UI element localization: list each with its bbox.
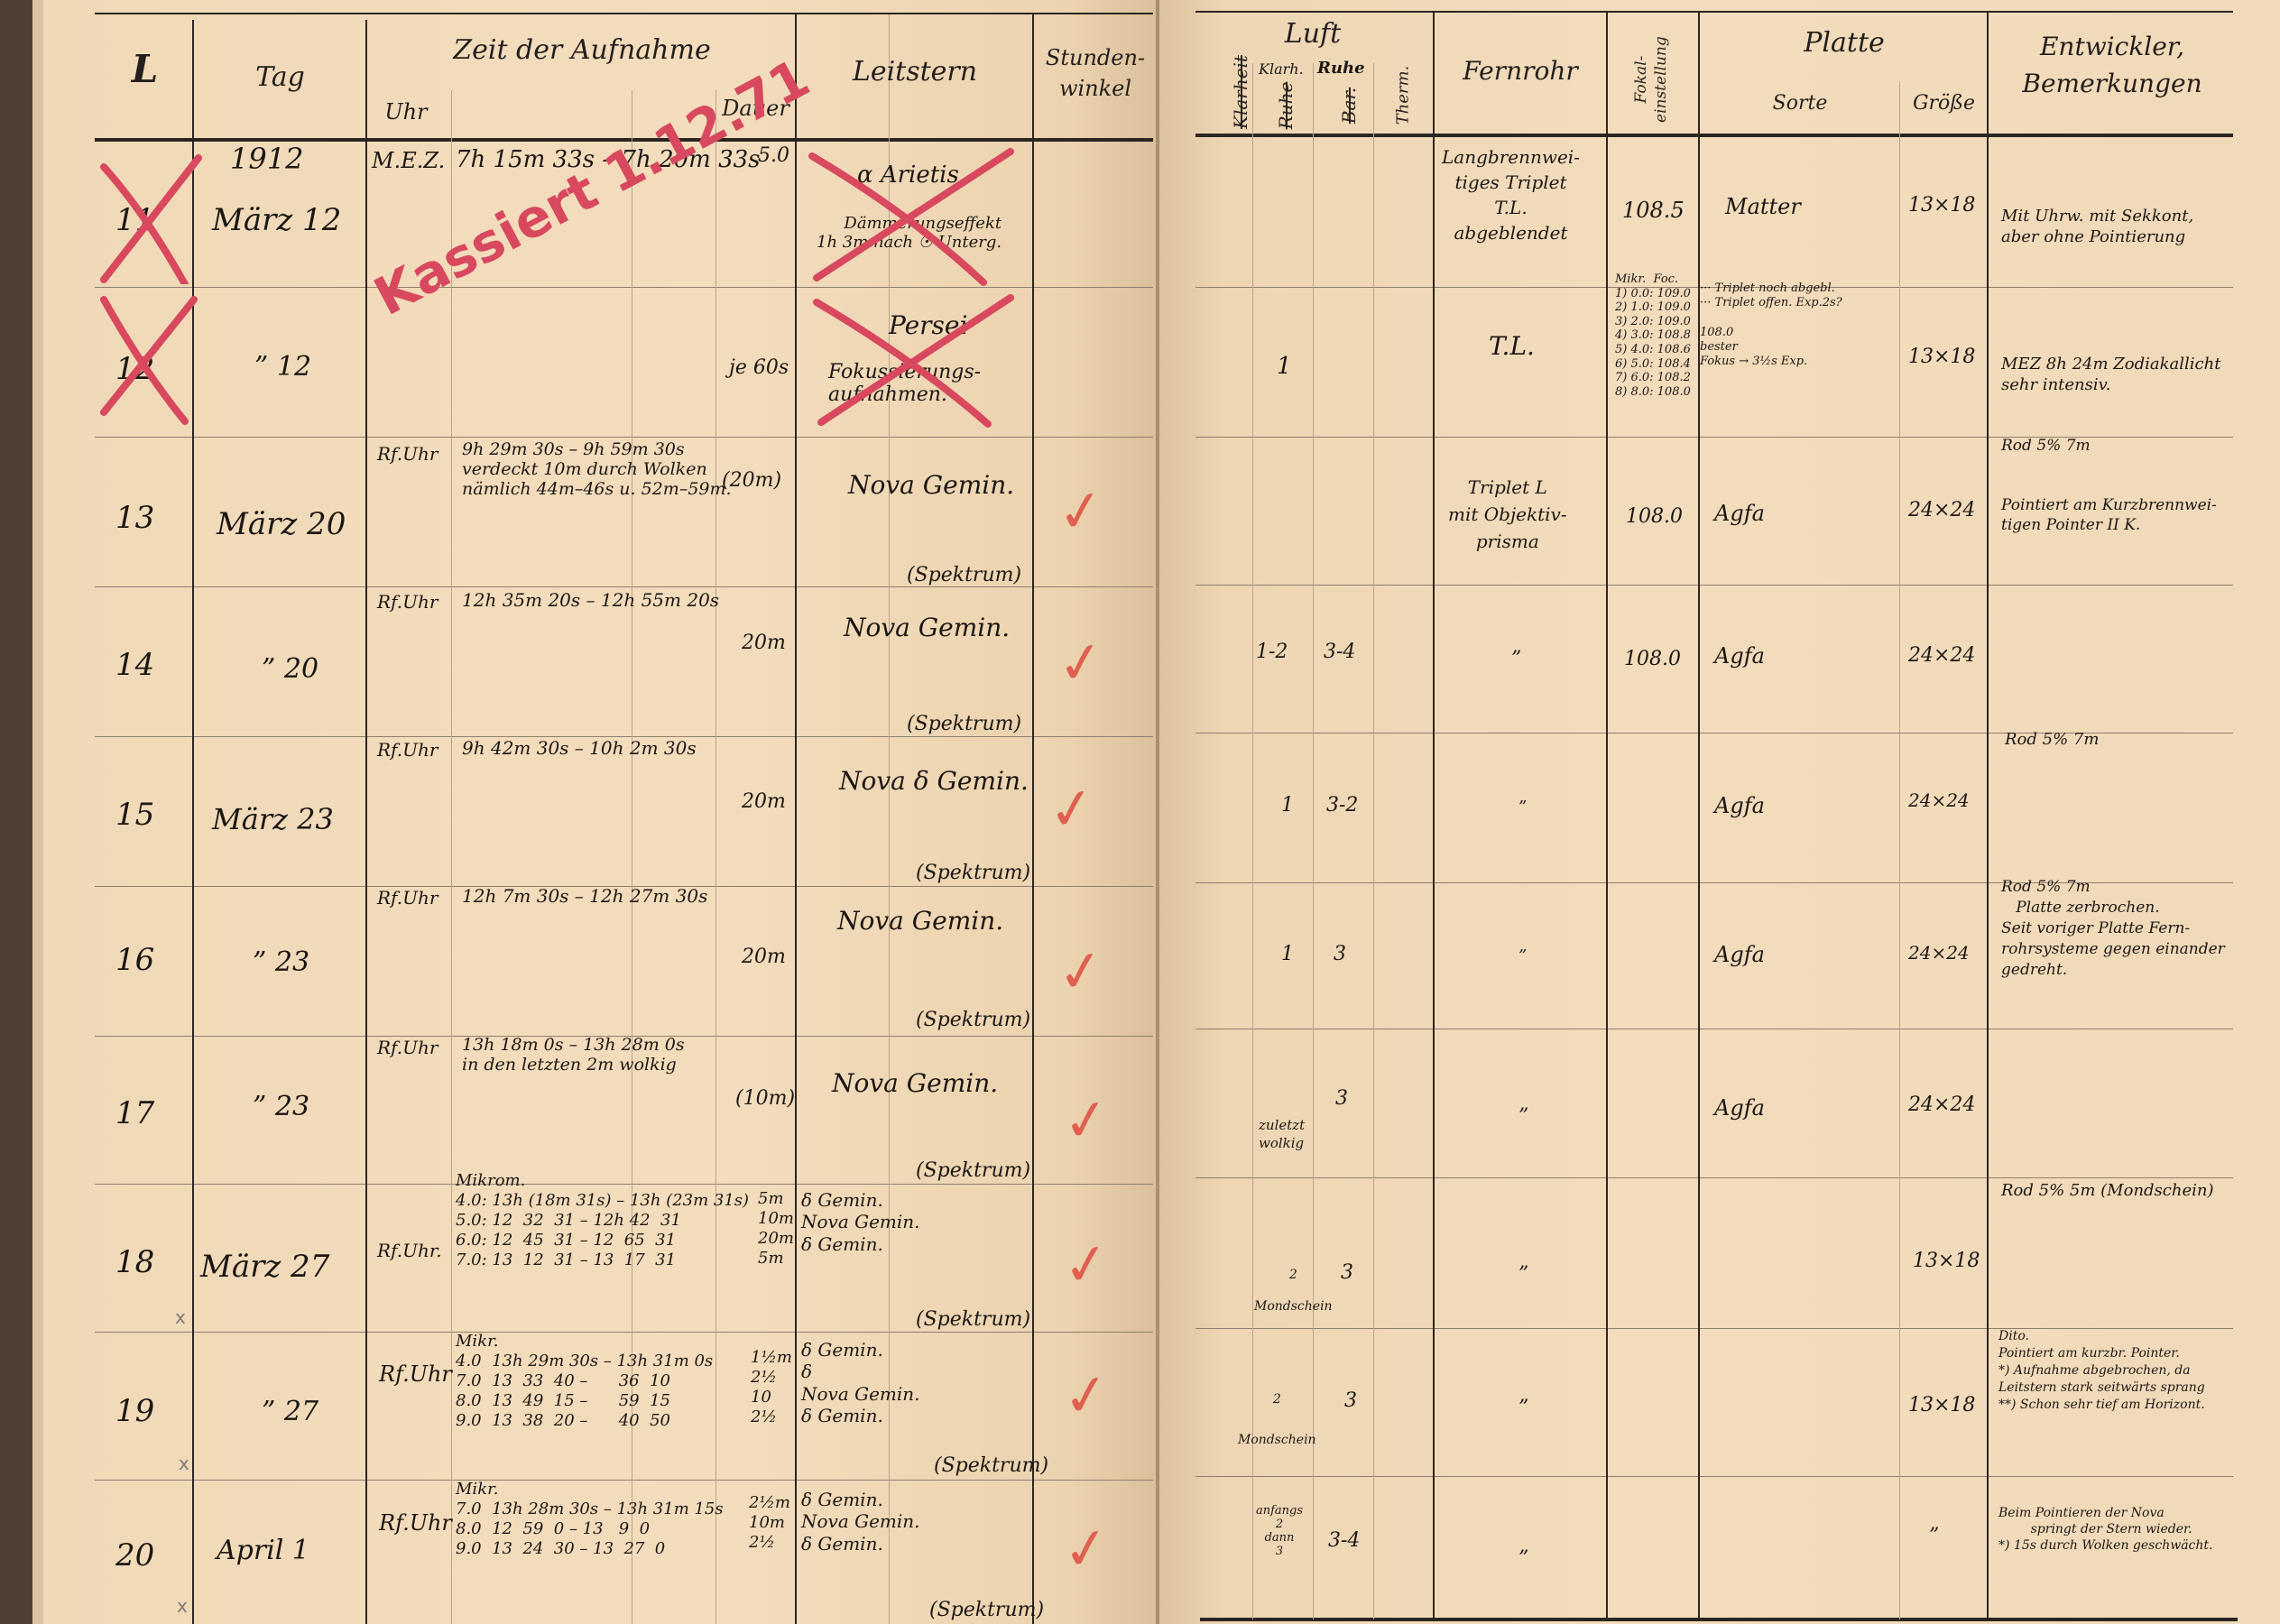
row-duration: 2½m 10m 2½: [749, 1493, 790, 1553]
pencil-x-mark: x: [177, 1595, 188, 1617]
book-spine: [1156, 0, 1159, 1624]
row-number: 18: [115, 1245, 154, 1280]
row-time: 12h 35m 20s – 12h 55m 20s: [462, 590, 719, 611]
red-checkmark-icon: ✓: [1058, 1229, 1114, 1301]
row-clock: Rf.Uhr: [377, 888, 438, 909]
header-fernrohr: Fernrohr: [1436, 56, 1604, 86]
row-date: ” 20: [262, 654, 318, 686]
row-duration: 20m: [742, 946, 786, 968]
row-guide-star: δ Gemin. δ Nova Gemin. δ Gemin.: [801, 1339, 920, 1427]
red-cross-mark: [90, 149, 208, 284]
row-clock: Rf.Uhr: [379, 1362, 452, 1388]
row-steadiness: 3: [1344, 1389, 1357, 1412]
row-steadiness: 3: [1335, 1087, 1348, 1110]
row-number: 15: [115, 798, 154, 833]
header-bar: Bar.: [1338, 69, 1360, 142]
row-steadiness: 3: [1341, 1261, 1353, 1284]
header-l: L: [106, 47, 183, 91]
red-cross-mark: [808, 289, 1024, 433]
row-number: 20: [115, 1538, 154, 1573]
row-telescope: ”: [1518, 947, 1527, 966]
row-duration: 5.0: [758, 144, 789, 167]
row-plate-type: Agfa: [1714, 644, 1765, 669]
row-duration: 20m: [742, 790, 786, 813]
row-plate-type: ··· Triplet noch abgebl. ··· Triplet off…: [1700, 281, 1842, 370]
row-remarks: Beim Pointieren der Nova springt der Ste…: [1998, 1505, 2212, 1555]
row-telescope: ”: [1518, 1105, 1528, 1128]
row-plate-size: 13×18: [1908, 1394, 1975, 1416]
row-spectrum: (Spektrum): [916, 862, 1030, 884]
header-ruhe: Ruhe: [1275, 69, 1297, 142]
row-clarity: 1-2: [1256, 641, 1288, 663]
row-date: ” 23: [253, 1092, 309, 1123]
row-telescope: Langbrennwei- tiges Triplet T.L. abgeble…: [1442, 144, 1580, 245]
row-clock: Rf.Uhr: [377, 592, 438, 613]
red-checkmark-icon: ✓: [1044, 773, 1100, 845]
row-telescope: Triplet L mit Objektiv- prisma: [1448, 474, 1567, 555]
row-number: 16: [115, 943, 154, 978]
row-telescope: ”: [1511, 648, 1521, 670]
row-guide-star: δ Gemin. Nova Gemin. δ Gemin.: [801, 1189, 920, 1255]
row-clock: M.E.Z.: [372, 149, 445, 174]
row-clock: Rf.Uhr: [377, 444, 438, 465]
row-number: 13: [115, 501, 154, 536]
row-focal-setting: 108.5: [1622, 198, 1685, 224]
row-time: 9h 29m 30s – 9h 59m 30s verdeckt 10m dur…: [462, 440, 732, 500]
row-remarks: Rod 5% 7m: [2005, 731, 2099, 750]
header-fokaleinstellung: Fokal- einstellung: [1631, 30, 1671, 129]
row-steadiness: 3-2: [1326, 794, 1358, 817]
row-clarity: 1: [1281, 794, 1294, 817]
row-plate-size: 24×24: [1908, 644, 1975, 667]
row-spectrum: (Spektrum): [929, 1599, 1044, 1621]
row-duration: (10m): [735, 1087, 795, 1110]
row-plate-size: 13×18: [1908, 194, 1975, 217]
row-focal-setting: Mikr. Foc. 1) 0.0: 109.0 2) 1.0: 109.0 3…: [1615, 272, 1691, 399]
row-clarity: 2 Mondschein: [1238, 1389, 1316, 1450]
header-therm: Therm.: [1394, 60, 1413, 132]
row-clock: Rf.Uhr.: [377, 1241, 442, 1261]
row-time: 12h 7m 30s – 12h 27m 30s: [462, 886, 707, 907]
pencil-x-mark: x: [175, 1306, 186, 1328]
row-spectrum: (Spektrum): [916, 1009, 1030, 1031]
row-telescope: ”: [1518, 1397, 1528, 1419]
red-checkmark-icon: ✓: [1053, 475, 1109, 548]
row-date: März 23: [212, 803, 334, 836]
row-clock: Rf.Uhr: [379, 1511, 452, 1536]
row-plate-size: 13×18: [1913, 1250, 1980, 1272]
row-plate-type: Agfa: [1714, 1096, 1765, 1121]
row-date: ” 27: [262, 1397, 318, 1428]
row-plate-size: 24×24: [1908, 943, 1970, 964]
row-plate-size: ”: [1929, 1525, 1939, 1547]
row-telescope: ”: [1518, 1263, 1528, 1286]
row-remarks: Rod 5% 5m (Mondschein): [2001, 1182, 2214, 1201]
row-time: 9h 42m 30s – 10h 2m 30s: [462, 738, 697, 759]
row-spectrum: (Spektrum): [934, 1454, 1048, 1477]
row-guide-star: Nova δ Gemin.: [839, 767, 1029, 796]
red-checkmark-icon: ✓: [1058, 1360, 1114, 1432]
row-clarity: 1: [1277, 354, 1292, 381]
row-clarity: anfangs 2 dann 3: [1256, 1505, 1303, 1559]
row-spectrum: (Spektrum): [916, 1308, 1030, 1331]
row-clock: Rf.Uhr: [377, 1038, 438, 1058]
header-tag: Tag: [197, 61, 364, 93]
row-steadiness: 3-4: [1324, 641, 1355, 663]
row-plate-size: 24×24: [1908, 1093, 1975, 1116]
row-spectrum: (Spektrum): [907, 564, 1021, 586]
row-guide-star: Nova Gemin.: [832, 1069, 998, 1098]
row-remarks: Rod 5% 7m Pointiert am Kurzbrennwei- tig…: [2001, 436, 2217, 535]
row-guide-star: Nova Gemin.: [844, 614, 1010, 642]
red-checkmark-icon: ✓: [1058, 1084, 1114, 1157]
header-entwickler-bemerkungen: Entwickler, Bemerkungen: [1990, 29, 2234, 102]
row-remarks: MEZ 8h 24m Zodiakallicht sehr intensiv.: [2001, 354, 2220, 396]
row-date: ” 12: [254, 352, 311, 383]
row-plate-size: 24×24: [1908, 499, 1975, 521]
red-checkmark-icon: ✓: [1053, 936, 1109, 1008]
row-duration: 20m: [742, 632, 786, 654]
row-time: Mikrom. 4.0: 13h (18m 31s) – 13h (23m 31…: [456, 1171, 749, 1270]
header-klarheit: Klarheit: [1230, 33, 1251, 151]
row-time: 13h 18m 0s – 13h 28m 0s in den letzten 2…: [462, 1036, 685, 1075]
row-remarks: Dito. Pointiert am kurzbr. Pointer. *) A…: [1998, 1328, 2205, 1413]
row-plate-type: Matter: [1725, 195, 1801, 220]
row-clock: Rf.Uhr: [377, 740, 438, 761]
row-focal-setting: 108.0: [1624, 648, 1681, 670]
row-number: 17: [115, 1096, 154, 1131]
row-plate-size: 24×24: [1908, 790, 1970, 811]
header-uhr: Uhr: [370, 99, 442, 125]
red-checkmark-icon: ✓: [1053, 627, 1109, 699]
row-remarks: Rod 5% 7m Platte zerbrochen. Seit vorige…: [2001, 877, 2225, 981]
row-plate-type: Agfa: [1714, 943, 1765, 968]
row-date: März 27: [200, 1250, 329, 1285]
row-plate-type: Agfa: [1714, 794, 1765, 819]
red-cross-mark: [803, 143, 1020, 287]
row-time: Mikr. 7.0 13h 28m 30s – 13h 31m 15s 8.0 …: [456, 1480, 724, 1559]
pencil-x-mark: x: [179, 1453, 189, 1474]
row-duration: (20m): [722, 469, 781, 492]
row-plate-type: Agfa: [1714, 502, 1765, 527]
row-number: 19: [115, 1394, 154, 1429]
row-duration: 1½m 2½ 10 2½: [751, 1348, 792, 1427]
row-telescope: ”: [1518, 798, 1527, 817]
row-time: Mikr. 4.0 13h 29m 30s – 13h 31m 0s 7.0 1…: [456, 1332, 713, 1431]
row-steadiness: 3-4: [1328, 1529, 1360, 1552]
book-cover: [0, 0, 32, 1624]
row-number: 14: [115, 648, 154, 683]
row-clarity: 1: [1281, 943, 1294, 965]
row-guide-star: Nova Gemin.: [848, 471, 1014, 500]
row-plate-size: 13×18: [1908, 346, 1975, 368]
row-steadiness: 3: [1334, 943, 1346, 965]
row-clarity: zuletzt wolkig: [1259, 1117, 1305, 1152]
header-groesse: Größe: [1901, 92, 1987, 115]
header-platte: Platte: [1702, 27, 1987, 59]
header-sorte: Sorte: [1702, 92, 1898, 115]
red-cross-mark: [90, 291, 208, 426]
row-focal-setting: 108.0: [1626, 505, 1683, 528]
row-spectrum: (Spektrum): [916, 1159, 1030, 1182]
row-duration: je 60s: [729, 356, 789, 379]
row-clarity: 2 Mondschein: [1254, 1268, 1333, 1315]
row-date: März 20: [217, 507, 346, 542]
row-remarks: Mit Uhrw. mit Sekkont, aber ohne Pointie…: [2001, 206, 2193, 248]
row-duration: 5m 10m 20m 5m: [758, 1189, 794, 1269]
row-telescope: ”: [1518, 1547, 1528, 1570]
row-spectrum: (Spektrum): [907, 713, 1021, 735]
red-checkmark-icon: ✓: [1058, 1513, 1114, 1585]
row-telescope: T.L.: [1489, 332, 1535, 361]
header-zeit-der-aufnahme: Zeit der Aufnahme: [370, 34, 794, 66]
year: 1912: [230, 143, 303, 176]
row-date: ” 23: [253, 947, 309, 979]
header-stundenwinkel: Stunden- winkel: [1036, 43, 1155, 104]
row-date: März 12: [212, 203, 341, 238]
row-date: April 1: [217, 1536, 309, 1567]
row-guide-star: Nova Gemin.: [837, 907, 1003, 936]
row-guide-star: δ Gemin. Nova Gemin. δ Gemin.: [801, 1489, 920, 1555]
header-leitstern: Leitstern: [798, 56, 1031, 88]
header-luft: Luft: [1254, 18, 1371, 50]
